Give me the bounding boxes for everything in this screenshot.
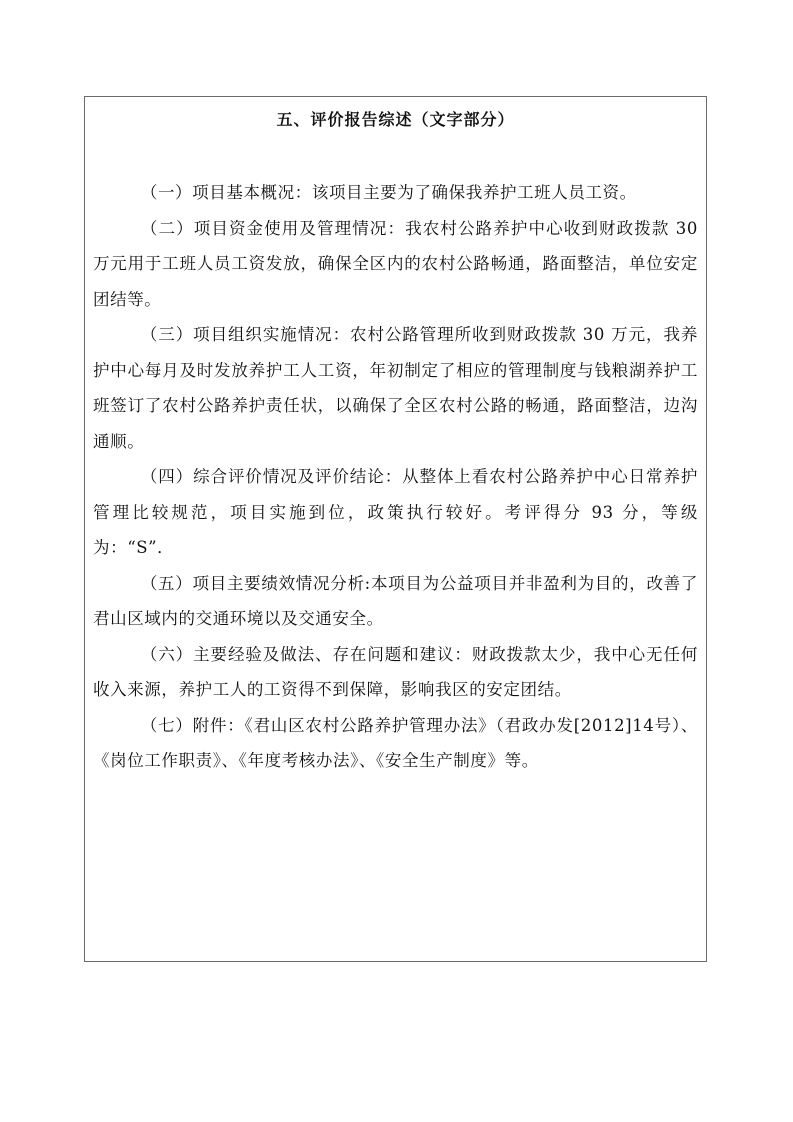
report-summary-box: 五、评价报告综述（文字部分） （一）项目基本概况：该项目主要为了确保我养护工班人…: [84, 96, 707, 962]
section-title: 五、评价报告综述（文字部分）: [85, 107, 706, 130]
paragraph-implementation: （三）项目组织实施情况：农村公路管理所收到财政拨款 30 万元，我养护中心每月及…: [93, 317, 698, 459]
paragraph-experience-issues: （六）主要经验及做法、存在问题和建议：财政拨款太少，我中心无任何收入来源，养护工…: [93, 637, 698, 708]
paragraph-fund-usage: （二）项目资金使用及管理情况：我农村公路养护中心收到财政拨款 30 万元用于工班…: [93, 211, 698, 318]
paragraph-performance-analysis: （五）项目主要绩效情况分析:本项目为公益项目并非盈利为目的，改善了君山区域内的交…: [93, 566, 698, 637]
paragraph-evaluation-conclusion: （四）综合评价情况及评价结论：从整体上看农村公路养护中心日常养护管理比较规范，项…: [93, 459, 698, 566]
paragraph-attachments: （七）附件：《君山区农村公路养护管理办法》（君政办发[2012]14号）、《岗位…: [93, 708, 698, 779]
report-body: （一）项目基本概况：该项目主要为了确保我养护工班人员工资。 （二）项目资金使用及…: [93, 175, 698, 779]
paragraph-project-overview: （一）项目基本概况：该项目主要为了确保我养护工班人员工资。: [93, 175, 698, 211]
